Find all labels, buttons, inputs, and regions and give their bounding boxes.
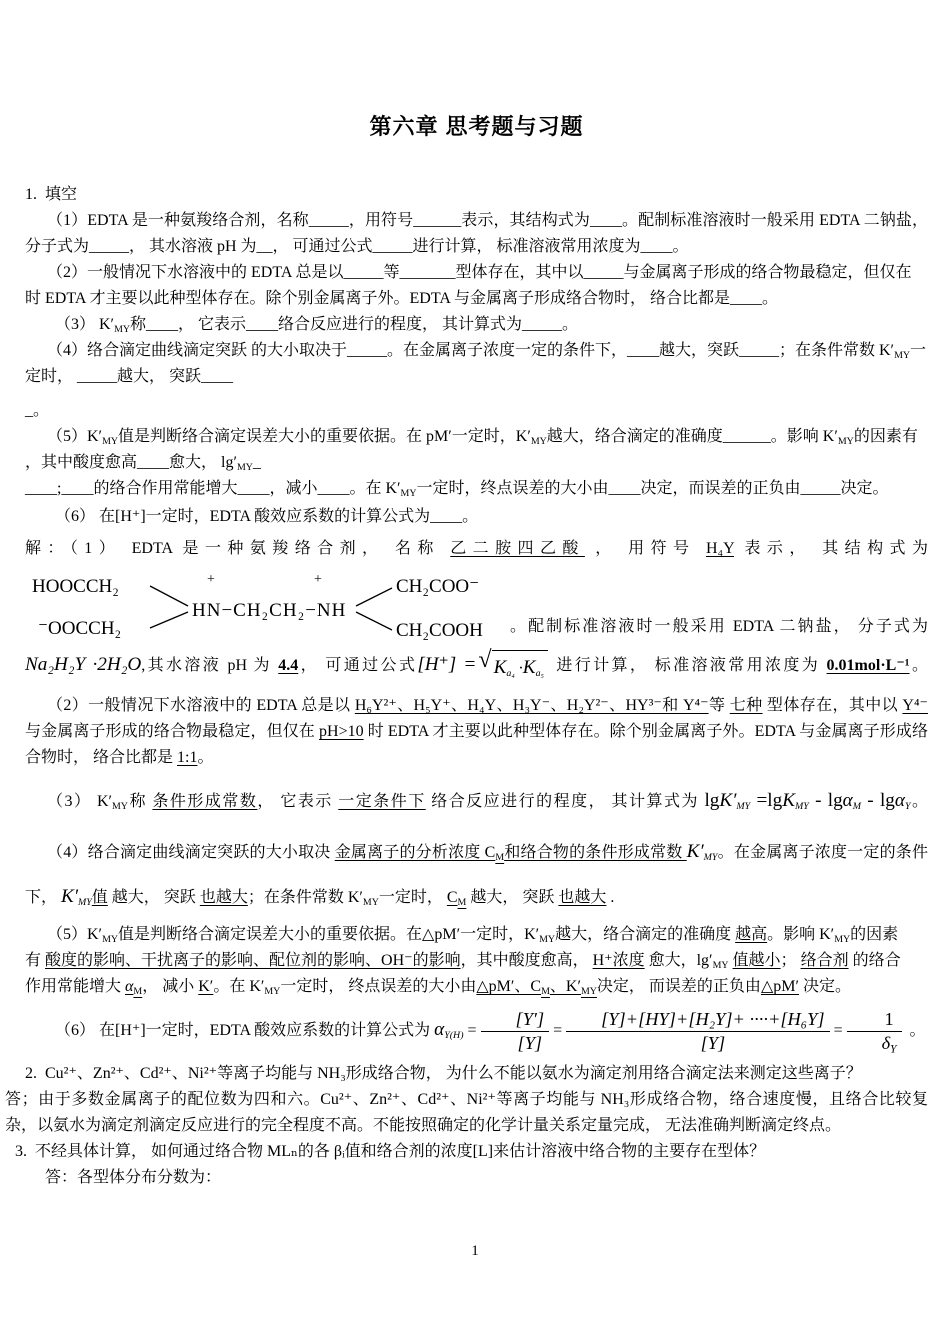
- bond-line: [356, 588, 392, 606]
- answer-5: （5）K′MY值是判断络合滴定误差大小的重要依据。在△pM′一定时，K′MY越大…: [25, 922, 928, 1000]
- structure-plus-right: +: [314, 572, 322, 587]
- solution-1-intro: 解：（1） EDTA 是一种氨羧络合剂， 名称 乙二胺四乙酸 ， 用符号 H₄Y…: [25, 536, 928, 562]
- q1-part3: （3） K′MY称____， 它表示____络合反应进行的程度， 其计算式为__…: [25, 312, 928, 338]
- edta-structure: HOOCCH₂ ⁻OOCCH₂ HN−CH₂CH₂−NH + + CH₂COO⁻…: [30, 566, 928, 642]
- bond-line: [356, 612, 392, 630]
- page-number: 1: [0, 1243, 950, 1260]
- fraction: 1δY: [847, 1008, 902, 1055]
- q1-part1: （1）EDTA 是一种氨羧络合剂，名称_____，用符号______表示，其结构…: [25, 208, 928, 260]
- fraction: [Y′][Y]: [481, 1008, 550, 1055]
- document-page: 第六章 思考题与习题 1. 填空 （1）EDTA 是一种氨羧络合剂，名称____…: [0, 0, 950, 1191]
- q1-label: 1. 填空: [25, 182, 928, 208]
- bond-line: [150, 612, 188, 628]
- edta-structure-diagram: HOOCCH₂ ⁻OOCCH₂ HN−CH₂CH₂−NH + + CH₂COO⁻…: [30, 566, 500, 642]
- bond-line: [150, 586, 188, 606]
- answer-q3: 答：各型体分布分数为：: [45, 1165, 928, 1191]
- answer-2: （2）一般情况下水溶液中的 EDTA 总是以 H₆Y²⁺、H₅Y⁺、H₄Y、H₃…: [25, 693, 928, 771]
- q1-part5: （5）K′MY值是判断络合滴定误差大小的重要依据。在 pM′一定时，K′MY越大…: [25, 424, 928, 502]
- q1-part2: （2）一般情况下水溶液中的 EDTA 总是以_____等_______型体存在，…: [25, 260, 928, 312]
- answer-6: （6） 在[H⁺]一定时，EDTA 酸效应系数的计算公式为 αY(H) =[Y′…: [25, 1008, 928, 1055]
- answer-4: （4）络合滴定曲线滴定突跃的大小取决 金属离子的分析浓度 CM和络合物的条件形成…: [25, 830, 928, 920]
- question-3: 3. 不经具体计算， 如何通过络合物 MLₙ的各 βᵢ值和络合剂的浓度[L]来估…: [15, 1139, 928, 1165]
- solution-1-continuation: 。配制标准溶液时一般采用 EDTA 二钠盐， 分子式为: [500, 614, 928, 642]
- solution-1-formula: Na₂H₂Y ·2H₂O,其水溶液 pH 为 4.4， 可通过公式[H⁺] =√…: [25, 648, 928, 685]
- structure-top-right: CH₂COO⁻: [396, 576, 479, 597]
- structure-bottom-left: ⁻OOCCH₂: [38, 618, 121, 639]
- page-title: 第六章 思考题与习题: [25, 112, 928, 142]
- structure-center: HN−CH₂CH₂−NH: [192, 600, 346, 621]
- q1-part4: （4）络合滴定曲线滴定突跃 的大小取决于_____。在金属离子浓度一定的条件下，…: [25, 338, 928, 390]
- structure-top-left: HOOCCH₂: [32, 576, 119, 597]
- answer-3: （3） K′MY称 条件形成常数， 它表示 一定条件下 络合反应进行的程度， 其…: [25, 783, 928, 820]
- structure-plus-left: +: [207, 572, 215, 587]
- square-root: √Ka₄ ·Ka₅: [478, 648, 548, 685]
- answer-q2: 答；由于多数金属离子的配位数为四和六。Cu²⁺、Zn²⁺、Cd²⁺、Ni²⁺等离…: [5, 1087, 928, 1139]
- fraction: [Y]+[HY]+[H₂Y]+ ····+[H₆Y][Y]: [566, 1008, 829, 1055]
- q1-part4-cont: _。: [25, 398, 928, 424]
- question-2: 2. Cu²⁺、Zn²⁺、Cd²⁺、Ni²⁺等离子均能与 NH₃形成络合物， 为…: [25, 1061, 928, 1087]
- q1-part6: （6） 在[H⁺]一定时，EDTA 酸效应系数的计算公式为____。: [25, 502, 928, 532]
- structure-bottom-right: CH₂COOH: [396, 620, 483, 641]
